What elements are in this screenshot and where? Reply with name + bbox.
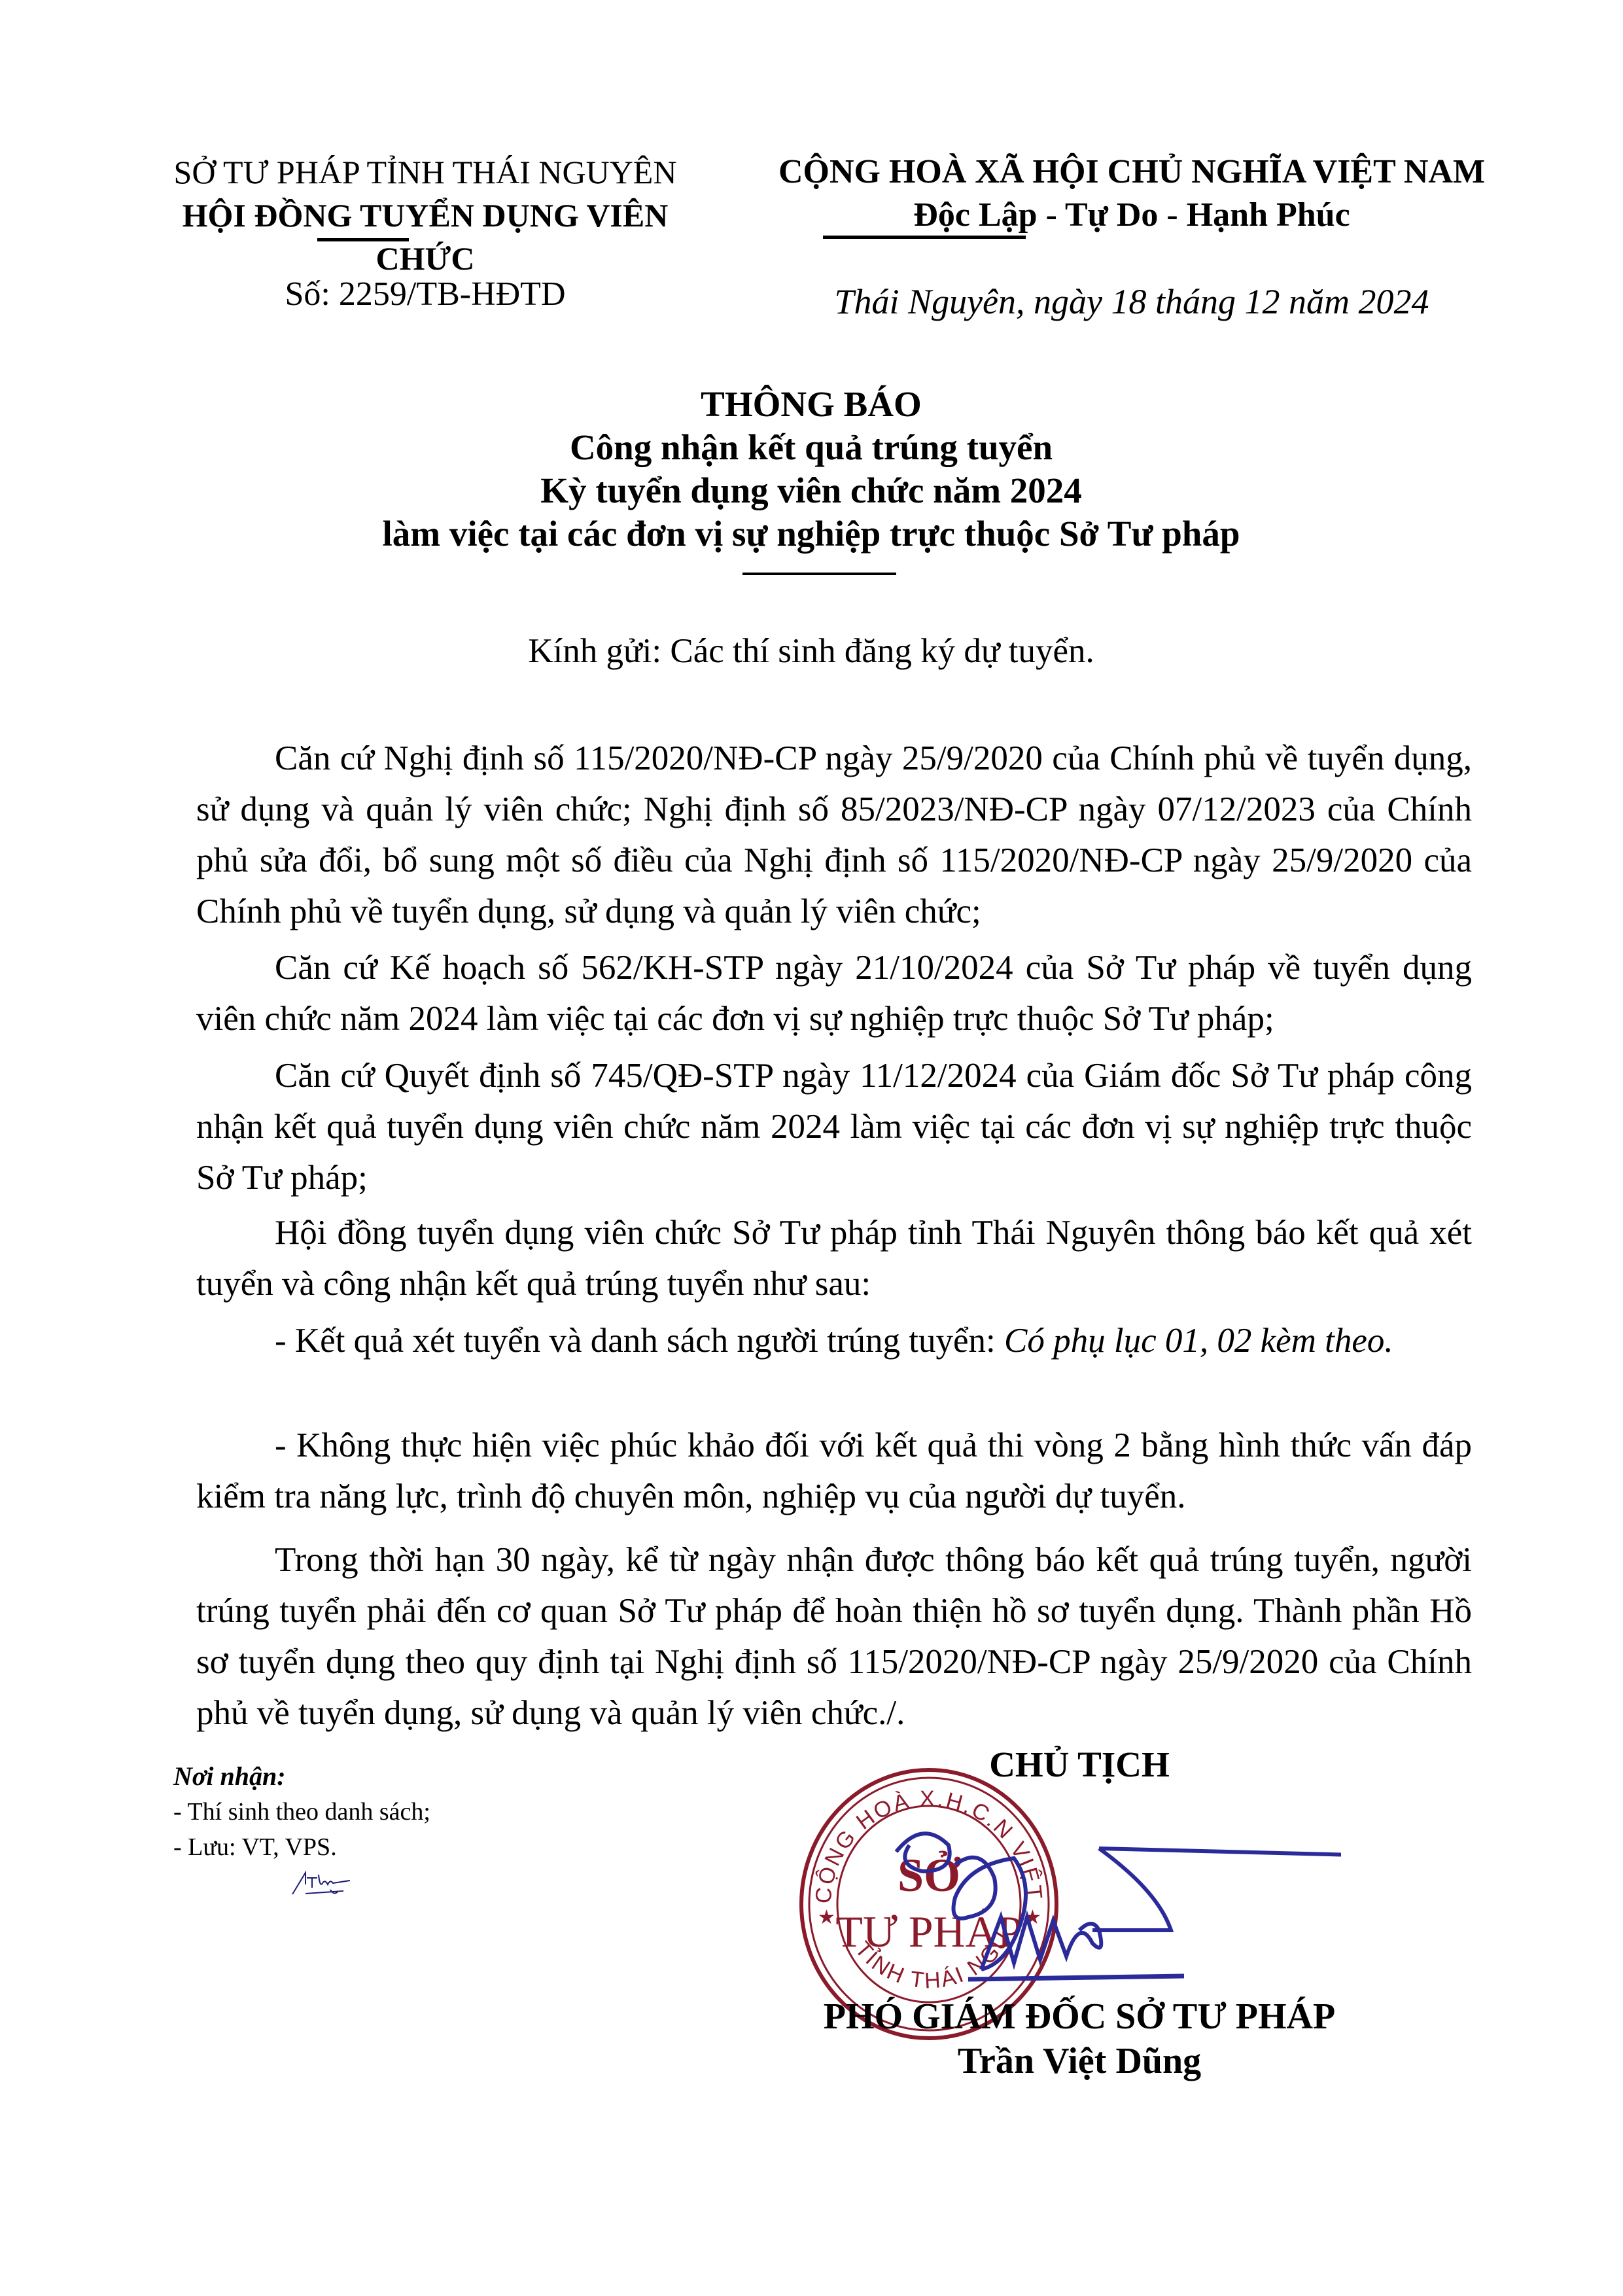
signer-position: PHÓ GIÁM ĐỐC SỞ TƯ PHÁP (752, 1996, 1406, 2038)
title-underline (742, 573, 896, 575)
paragraph-announcement: Hội đồng tuyển dụng viên chức Sở Tư pháp… (196, 1207, 1472, 1309)
paragraph-no-review: - Không thực hiện việc phúc khảo đối với… (196, 1420, 1472, 1522)
title-line4: làm việc tại các đơn vị sự nghiệp trực t… (196, 512, 1426, 556)
signer-name: Trần Việt Dũng (752, 2040, 1406, 2082)
appendix-note: Có phụ lục 01, 02 kèm theo. (1004, 1322, 1393, 1360)
nation-line1: CỘNG HOÀ XÃ HỘI CHỦ NGHĨA VIỆT NAM (759, 150, 1505, 194)
document-title: THÔNG BÁO Công nhận kết quả trúng tuyển … (196, 383, 1426, 556)
results-text: - Kết quả xét tuyển và danh sách người t… (275, 1322, 1004, 1360)
salutation: Kính gửi: Các thí sinh đăng ký dự tuyển. (196, 631, 1426, 671)
svg-text:★: ★ (818, 1907, 835, 1928)
paragraph-legal-basis-3: Căn cứ Quyết định số 745/QĐ-STP ngày 11/… (196, 1050, 1472, 1203)
paragraph-results: - Kết quả xét tuyển và danh sách người t… (196, 1315, 1472, 1366)
title-line2: Công nhận kết quả trúng tuyển (196, 426, 1426, 469)
recipient-item: - Thí sinh theo danh sách; (173, 1794, 430, 1829)
recipients-block: Nơi nhận: - Thí sinh theo danh sách; - L… (173, 1759, 430, 1865)
agency-header: SỞ TƯ PHÁP TỈNH THÁI NGUYÊN HỘI ĐỒNG TUY… (131, 150, 720, 280)
initials-signature-icon (291, 1865, 357, 1904)
recipient-item: - Lưu: VT, VPS. (173, 1829, 430, 1865)
nation-header: CỘNG HOÀ XÃ HỘI CHỦ NGHĨA VIỆT NAM Độc L… (759, 150, 1505, 237)
title-line1: THÔNG BÁO (196, 383, 1426, 426)
document-number: Số: 2259/TB-HĐTD (131, 275, 720, 313)
paragraph-legal-basis-2: Căn cứ Kế hoạch số 562/KH-STP ngày 21/10… (196, 942, 1472, 1044)
agency-underline (317, 238, 409, 241)
title-line3: Kỳ tuyển dụng viên chức năm 2024 (196, 469, 1426, 512)
paragraph-deadline: Trong thời hạn 30 ngày, kể từ ngày nhận … (196, 1534, 1472, 1739)
place-date: Thái Nguyên, ngày 18 tháng 12 năm 2024 (759, 281, 1505, 322)
motto-underline (823, 236, 1026, 239)
agency-line1: SỞ TƯ PHÁP TỈNH THÁI NGUYÊN (131, 150, 720, 194)
agency-line2: HỘI ĐỒNG TUYỂN DỤNG VIÊN CHỨC (131, 194, 720, 280)
recipients-label: Nơi nhận: (173, 1759, 430, 1794)
director-signature-icon (883, 1819, 1341, 2015)
nation-line2: Độc Lập - Tự Do - Hạnh Phúc (759, 194, 1505, 237)
paragraph-legal-basis-1: Căn cứ Nghị định số 115/2020/NĐ-CP ngày … (196, 733, 1472, 937)
